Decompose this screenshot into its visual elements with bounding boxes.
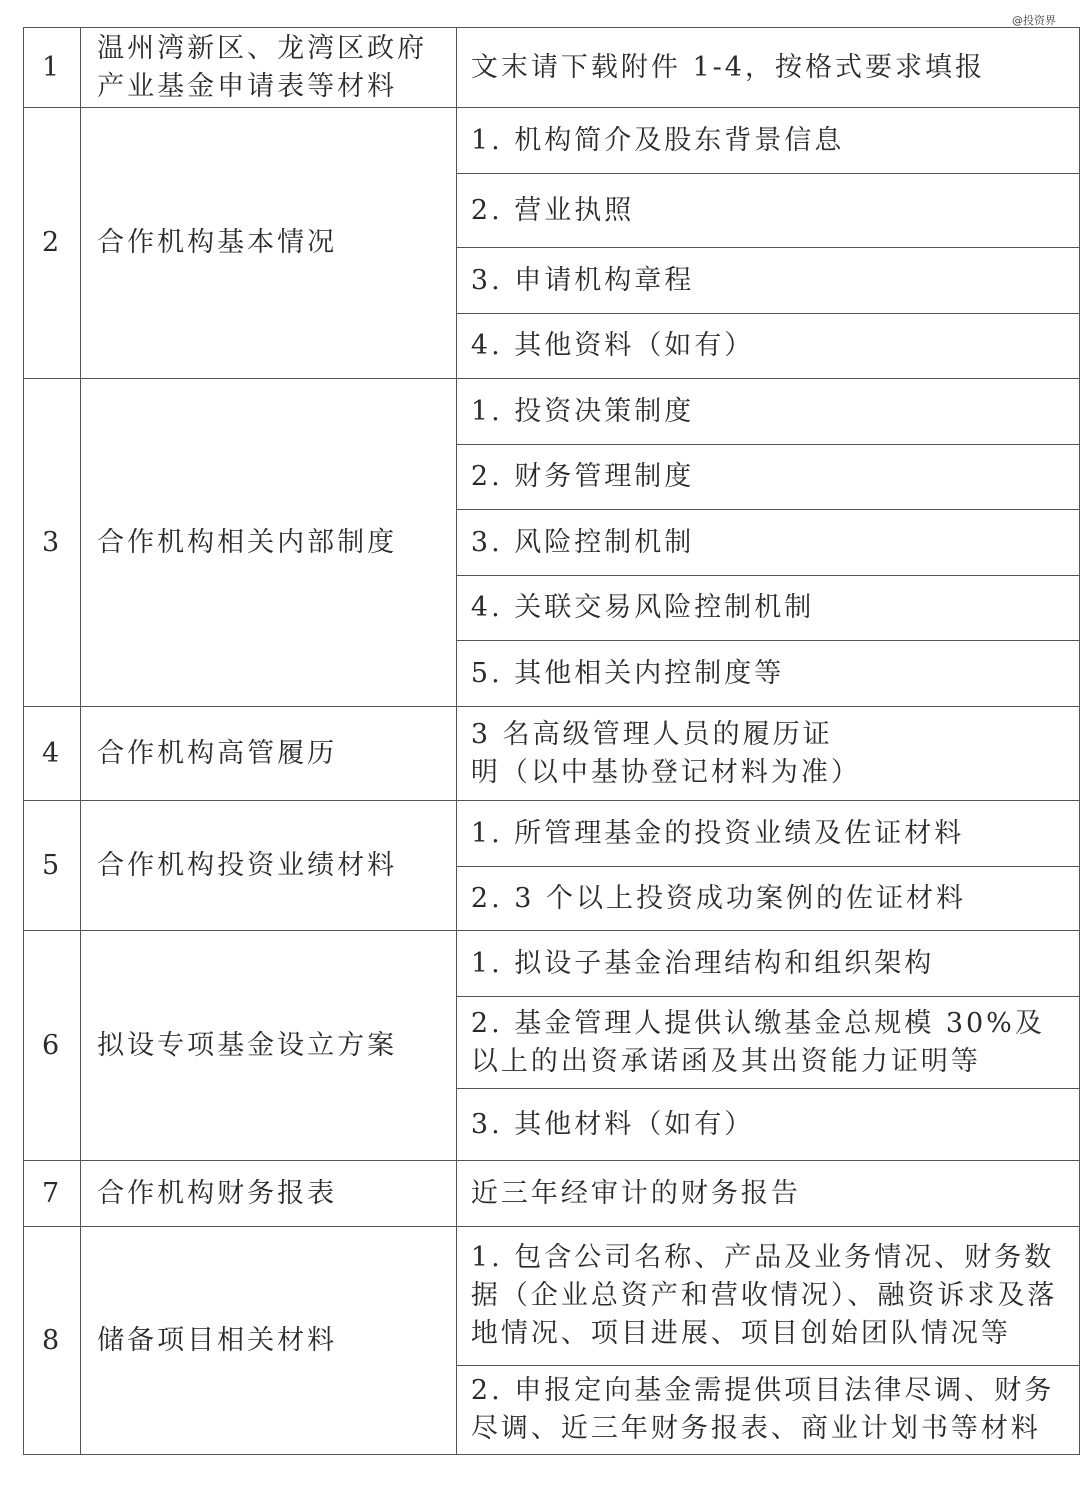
material-item: 1. 投资决策制度 <box>456 379 1079 445</box>
table-row: 7 合作机构财务报表 近三年经审计的财务报告 <box>24 1161 1080 1227</box>
material-item: 1. 机构简介及股东背景信息 <box>456 108 1079 174</box>
row-number: 6 <box>24 931 81 1161</box>
material-item: 2. 基金管理人提供认缴基金总规模 30%及以上的出资承诺函及其出资能力证明等 <box>456 997 1079 1089</box>
material-item: 1. 所管理基金的投资业绩及佐证材料 <box>456 801 1079 867</box>
material-name: 储备项目相关材料 <box>81 1227 457 1455</box>
table-row: 8 储备项目相关材料 1. 包含公司名称、产品及业务情况、财务数据（企业总资产和… <box>24 1227 1080 1366</box>
row-number: 7 <box>24 1161 81 1227</box>
watermark: @投资界 <box>1012 12 1056 28</box>
table-row: 4 合作机构高管履历 3 名高级管理人员的履历证明（以中基协登记材料为准） <box>24 707 1080 801</box>
material-name: 温州湾新区、龙湾区政府产业基金申请表等材料 <box>81 28 457 108</box>
row-number: 4 <box>24 707 81 801</box>
material-item: 1. 拟设子基金治理结构和组织架构 <box>456 931 1079 997</box>
table-row: 2 合作机构基本情况 1. 机构简介及股东背景信息 <box>24 108 1080 174</box>
material-item: 3. 申请机构章程 <box>456 248 1079 314</box>
material-name: 合作机构高管履历 <box>81 707 457 801</box>
material-item: 2. 营业执照 <box>456 174 1079 248</box>
table-row: 1 温州湾新区、龙湾区政府产业基金申请表等材料 文末请下载附件 1-4，按格式要… <box>24 28 1080 108</box>
material-item: 1. 包含公司名称、产品及业务情况、财务数据（企业总资产和营收情况）、融资诉求及… <box>456 1227 1079 1366</box>
material-name: 合作机构投资业绩材料 <box>81 801 457 931</box>
material-name: 合作机构基本情况 <box>81 108 457 379</box>
material-name: 合作机构相关内部制度 <box>81 379 457 707</box>
material-name: 拟设专项基金设立方案 <box>81 931 457 1161</box>
material-item: 近三年经审计的财务报告 <box>456 1161 1079 1227</box>
material-item: 4. 其他资料（如有） <box>456 314 1079 379</box>
table-row: 3 合作机构相关内部制度 1. 投资决策制度 <box>24 379 1080 445</box>
materials-table: 1 温州湾新区、龙湾区政府产业基金申请表等材料 文末请下载附件 1-4，按格式要… <box>23 27 1080 1455</box>
row-number: 5 <box>24 801 81 931</box>
material-item: 3. 其他材料（如有） <box>456 1089 1079 1161</box>
row-number: 2 <box>24 108 81 379</box>
material-item: 2. 申报定向基金需提供项目法律尽调、财务尽调、近三年财务报表、商业计划书等材料 <box>456 1366 1079 1455</box>
row-number: 3 <box>24 379 81 707</box>
material-item: 4. 关联交易风险控制机制 <box>456 576 1079 641</box>
material-item: 5. 其他相关内控制度等 <box>456 641 1079 707</box>
row-number: 1 <box>24 28 81 108</box>
table-row: 5 合作机构投资业绩材料 1. 所管理基金的投资业绩及佐证材料 <box>24 801 1080 867</box>
material-item: 2. 3 个以上投资成功案例的佐证材料 <box>456 867 1079 931</box>
row-number: 8 <box>24 1227 81 1455</box>
material-name: 合作机构财务报表 <box>81 1161 457 1227</box>
material-item: 文末请下载附件 1-4，按格式要求填报 <box>456 28 1079 108</box>
material-item: 2. 财务管理制度 <box>456 445 1079 510</box>
material-item: 3 名高级管理人员的履历证明（以中基协登记材料为准） <box>456 707 1079 801</box>
table-row: 6 拟设专项基金设立方案 1. 拟设子基金治理结构和组织架构 <box>24 931 1080 997</box>
material-item: 3. 风险控制机制 <box>456 510 1079 576</box>
